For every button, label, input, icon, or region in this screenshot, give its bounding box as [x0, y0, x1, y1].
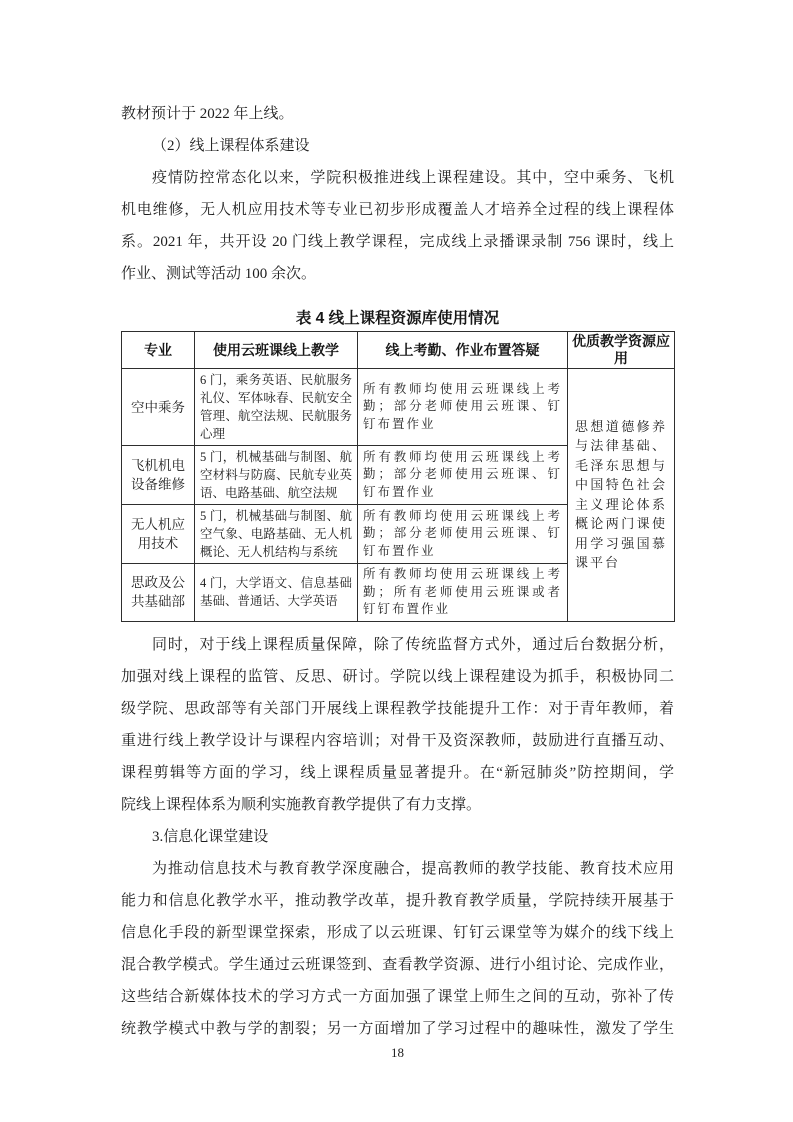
cell-cloud-class-teaching: 5 门，机械基础与制图、航空材料与防腐、民航专业英语、电路基础、航空法规 — [195, 446, 358, 505]
text-line: 作业、测试等活动 100 余次。 — [121, 258, 674, 290]
cell-cloud-class-teaching: 6 门，乘务英语、民航服务礼仪、军体咏春、民航安全管理、航空法规、民航服务心理 — [195, 369, 358, 446]
cell-attendance-homework: 所有教师均使用云班课线上考勤；部分老师使用云班课、钉钉布置作业 — [358, 505, 568, 564]
paragraph-quality-assurance: 同时，对于线上课程质量保障，除了传统监督方式外，通过后台数据分析， 加强对线上课… — [121, 629, 674, 821]
cell-major: 飞机机电设备维修 — [122, 446, 195, 505]
text-line: 同时，对于线上课程质量保障，除了传统监督方式外，通过后台数据分析， — [121, 629, 674, 661]
cell-major: 空中乘务 — [122, 369, 195, 446]
text-line: 3.信息化课堂建设 — [121, 821, 674, 853]
text-line: 混合教学模式。学生通过云班课签到、查看教学资源、进行小组讨论、完成作业， — [121, 949, 674, 981]
table-header-row: 专业 使用云班课线上教学 线上考勤、作业布置答疑 优质教学资源应用 — [122, 332, 675, 369]
text-line: 系。2021 年，共开设 20 门线上教学课程，完成线上录播课录制 756 课时… — [121, 226, 674, 258]
paragraph-continuation: 教材预计于 2022 年上线。 — [121, 98, 674, 130]
paragraph-informatization: 为推动信息技术与教育教学深度融合，提高教师的教学技能、教育技术应用 能力和信息化… — [121, 853, 674, 1045]
col-header-major: 专业 — [122, 332, 195, 369]
text-line: 这些结合新媒体技术的学习方式一方面加强了课堂上师生之间的互动，弥补了传 — [121, 981, 674, 1013]
subsection-heading-online-course: （2）线上课程体系建设 — [121, 130, 674, 162]
cell-major: 思政及公共基础部 — [122, 564, 195, 622]
text-line: 信息化手段的新型课堂探索，形成了以云班课、钉钉云课堂等为媒介的线下线上 — [121, 917, 674, 949]
table-caption: 表 4 线上课程资源库使用情况 — [121, 307, 674, 331]
text-line: 疫情防控常态化以来，学院积极推进线上课程建设。其中，空中乘务、飞机 — [121, 162, 674, 194]
col-header-quality-resource: 优质教学资源应用 — [568, 332, 675, 369]
page-content: 教材预计于 2022 年上线。 （2）线上课程体系建设 疫情防控常态化以来，学院… — [121, 98, 674, 1061]
text-line: 统教学模式中教与学的割裂；另一方面增加了学习过程中的趣味性，激发了学生 — [121, 1013, 674, 1045]
table-row: 空中乘务 6 门，乘务英语、民航服务礼仪、军体咏春、民航安全管理、航空法规、民航… — [122, 369, 675, 446]
cell-major: 无人机应用技术 — [122, 505, 195, 564]
text-line: 加强对线上课程的监管、反思、研讨。学院以线上课程建设为抓手，积极协同二 — [121, 661, 674, 693]
text-line: 课程剪辑等方面的学习，线上课程质量显著提升。在“新冠肺炎”防控期间，学 — [121, 757, 674, 789]
text-line: 教材预计于 2022 年上线。 — [121, 98, 674, 130]
cell-cloud-class-teaching: 4 门，大学语文、信息基础基础、普通话、大学英语 — [195, 564, 358, 622]
page-number: 18 — [121, 1045, 674, 1061]
text-line: 为推动信息技术与教育教学深度融合，提高教师的教学技能、教育技术应用 — [121, 853, 674, 885]
col-header-attendance-homework: 线上考勤、作业布置答疑 — [358, 332, 568, 369]
cell-quality-resource-merged: 思想道德修养与法律基础、毛泽东思想与中国特色社会主义理论体系概论两门课使用学习强… — [568, 369, 675, 622]
text-line: 级学院、思政部等有关部门开展线上课程教学技能提升工作：对于青年教师，着 — [121, 693, 674, 725]
cell-cloud-class-teaching: 5 门，机械基础与制图、航空气象、电路基础、无人机概论、无人机结构与系统 — [195, 505, 358, 564]
cell-attendance-homework: 所有教师均使用云班课线上考勤；部分老师使用云班课、钉钉布置作业 — [358, 446, 568, 505]
cell-attendance-homework: 所有教师均使用云班课线上考勤；所有老师使用云班课或者钉钉布置作业 — [358, 564, 568, 622]
section-heading-informatization: 3.信息化课堂建设 — [121, 821, 674, 853]
col-header-cloud-class-teaching: 使用云班课线上教学 — [195, 332, 358, 369]
resource-usage-table: 专业 使用云班课线上教学 线上考勤、作业布置答疑 优质教学资源应用 空中乘务 6… — [121, 331, 675, 622]
text-line: 机电维修，无人机应用技术等专业已初步形成覆盖人才培养全过程的线上课程体 — [121, 194, 674, 226]
text-line: 重进行线上教学设计与课程内容培训；对骨干及资深教师，鼓励进行直播互动、 — [121, 725, 674, 757]
text-line: （2）线上课程体系建设 — [121, 130, 674, 162]
document-page: 教材预计于 2022 年上线。 （2）线上课程体系建设 疫情防控常态化以来，学院… — [0, 0, 793, 1122]
paragraph-online-course: 疫情防控常态化以来，学院积极推进线上课程建设。其中，空中乘务、飞机 机电维修，无… — [121, 162, 674, 290]
cell-attendance-homework: 所有教师均使用云班课线上考勤；部分老师使用云班课、钉钉布置作业 — [358, 369, 568, 446]
text-line: 院线上课程体系为顺利实施教育教学提供了有力支撑。 — [121, 789, 674, 821]
text-line: 能力和信息化教学水平，推动教学改革，提升教育教学质量，学院持续开展基于 — [121, 885, 674, 917]
